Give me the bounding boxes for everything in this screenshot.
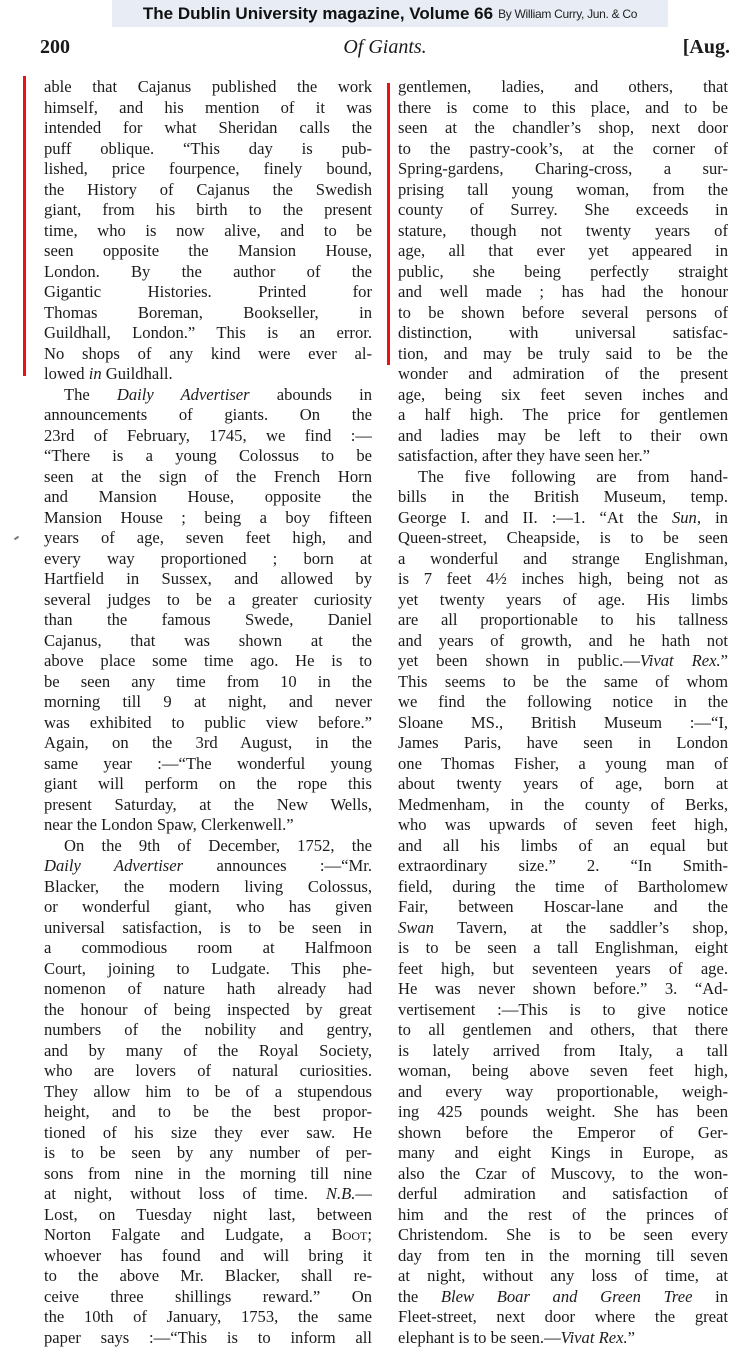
text-line: 23rd of February, 1745, we find :— <box>44 426 372 447</box>
text-line: him and the rest of the princes of <box>398 1205 728 1226</box>
text-line: who was upwards of seven feet high, <box>398 815 728 836</box>
text-line: sons from nine in the morning till nine <box>44 1164 372 1185</box>
text-line: and well made ; has had the honour <box>398 282 728 303</box>
text-line: paper says :—“This is to inform all <box>44 1328 372 1349</box>
text-line: ceive three shillings reward.” On <box>44 1287 372 1308</box>
text-line: are all proportionable to his tallness <box>398 610 728 631</box>
text-line: woman, being above seven feet high, <box>398 1061 728 1082</box>
text-line: Medmenham, in the county of Berks, <box>398 795 728 816</box>
text-line: Hartfield in Sussex, and allowed by <box>44 569 372 590</box>
text-line: present Saturday, at the New Wells, <box>44 795 372 816</box>
text-line: bills in the British Museum, temp. <box>398 487 728 508</box>
text-line: himself, and his mention of it was <box>44 98 372 119</box>
text-line: several judges to be a greater curiosity <box>44 590 372 611</box>
text-line: seen at the chandler’s shop, next door <box>398 118 728 139</box>
text-line: announcements of giants. On the <box>44 405 372 426</box>
text-line: Sloane MS., British Museum :—“I, <box>398 713 728 734</box>
text-line: lished, price fourpence, finely bound, <box>44 159 372 180</box>
text-line: nomenon of nature hath already had <box>44 979 372 1000</box>
text-line: numbers of the nobility and gentry, <box>44 1020 372 1041</box>
text-line: They allow him to be of a stupendous <box>44 1082 372 1103</box>
text-line: and ladies may be left to their own <box>398 426 728 447</box>
text-line: and every way proportionable, weigh- <box>398 1082 728 1103</box>
text-line: puff oblique. “This day is pub- <box>44 139 372 160</box>
text-line: derful admiration and satisfaction of <box>398 1184 728 1205</box>
text-line: at night, without any loss of time, at <box>398 1266 728 1287</box>
text-line: many and eight Kings in Europe, as <box>398 1143 728 1164</box>
text-line: or wonderful giant, who has given <box>44 897 372 918</box>
text-line: intended for what Sheridan calls the <box>44 118 372 139</box>
text-line: day from ten in the morning till seven <box>398 1246 728 1267</box>
text-line: “There is a young Colossus to be <box>44 446 372 467</box>
text-line: Christendom. She is to be seen every <box>398 1225 728 1246</box>
text-line: and Mansion House, opposite the <box>44 487 372 508</box>
text-line: Swan Tavern, at the saddler’s shop, <box>398 918 728 939</box>
text-line: who are lovers of natural curiosities. <box>44 1061 372 1082</box>
text-line: universal satisfaction, is to be seen in <box>44 918 372 939</box>
text-line: elephant is to be seen.—Vivat Rex.” <box>398 1328 728 1349</box>
text-line: a commodious room at Halfmoon <box>44 938 372 959</box>
text-line: field, during the time of Bartholomew <box>398 877 728 898</box>
book-title: The Dublin University magazine, Volume 6… <box>143 4 493 24</box>
text-line: Lost, on Tuesday night last, between <box>44 1205 372 1226</box>
text-line: tion, and may be truly said to be the <box>398 344 728 365</box>
text-line: Court, joining to Ludgate. This phe- <box>44 959 372 980</box>
text-line: seen opposite the Mansion House, <box>44 241 372 262</box>
text-line: and years of growth, and he hath not <box>398 631 728 652</box>
text-line: every way proportioned ; born at <box>44 549 372 570</box>
text-line: This seems to be the same of whom <box>398 672 728 693</box>
text-line: stature, though not twenty years of <box>398 221 728 242</box>
text-line: there is come to this place, and to be <box>398 98 728 119</box>
text-line: to the pastry-cook’s, at the corner of <box>398 139 728 160</box>
text-line: is lately arrived from Italy, a tall <box>398 1041 728 1062</box>
text-line: to all gentlemen and others, that there <box>398 1020 728 1041</box>
text-line: height, and to be the best propor- <box>44 1102 372 1123</box>
text-line: vertisement :—This is to give notice <box>398 1000 728 1021</box>
text-line: ing 425 pounds weight. She has been <box>398 1102 728 1123</box>
highlight-bar-right <box>387 83 390 365</box>
text-line: about twenty years of age, born at <box>398 774 728 795</box>
text-line: also the Czar of Muscovy, to the won- <box>398 1164 728 1185</box>
text-line: feet high, but seventeen years of age. <box>398 959 728 980</box>
text-line: Mansion House ; being a boy fifteen <box>44 508 372 529</box>
text-line: The five following are from hand- <box>398 467 728 488</box>
text-line: age, being six feet seven inches and <box>398 385 728 406</box>
text-line: we find the following notice in the <box>398 692 728 713</box>
text-line: Blacker, the modern living Colossus, <box>44 877 372 898</box>
text-line: to be shown before several persons of <box>398 303 728 324</box>
text-line: London. By the author of the <box>44 262 372 283</box>
book-title-banner: The Dublin University magazine, Volume 6… <box>112 0 668 27</box>
text-line: Gigantic Histories. Printed for <box>44 282 372 303</box>
text-line: and all his limbs of an equal but <box>398 836 728 857</box>
text-line: seen at the sign of the French Horn <box>44 467 372 488</box>
text-line: public, she being perfectly straight <box>398 262 728 283</box>
text-line: and by many of the Royal Society, <box>44 1041 372 1062</box>
text-line: Queen-street, Cheapside, is to be seen <box>398 528 728 549</box>
text-line: the Blew Boar and Green Tree in <box>398 1287 728 1308</box>
text-line: morning till 9 at night, and never <box>44 692 372 713</box>
text-column-right: gentlemen, ladies, and others, thatthere… <box>398 77 728 1348</box>
text-line: same year :—“The wonderful young <box>44 754 372 775</box>
text-column-left: able that Cajanus published the workhims… <box>44 77 372 1348</box>
text-line: whoever has found and will bring it <box>44 1246 372 1267</box>
text-line: wonder and admiration of the present <box>398 364 728 385</box>
article-title: Of Giants. <box>40 36 730 59</box>
text-line: Fleet-street, next door where the great <box>398 1307 728 1328</box>
text-line: Cajanus, that was shown at the <box>44 631 372 652</box>
text-line: than the famous Swede, Daniel <box>44 610 372 631</box>
text-line: is 7 feet 4½ inches high, being not as <box>398 569 728 590</box>
text-line: tioned of his size they ever saw. He <box>44 1123 372 1144</box>
text-line: shown before the Emperor of Ger- <box>398 1123 728 1144</box>
text-line: prising tall young woman, from the <box>398 180 728 201</box>
text-line: was exhibited to public view before.” <box>44 713 372 734</box>
text-line: Fair, between Hoscar-lane and the <box>398 897 728 918</box>
text-line: James Paris, have seen in London <box>398 733 728 754</box>
text-line: George I. and II. :—1. “At the Sun, in <box>398 508 728 529</box>
text-line: giant will perform on the rope this <box>44 774 372 795</box>
text-line: the honour of being inspected by great <box>44 1000 372 1021</box>
text-line: Thomas Boreman, Bookseller, in <box>44 303 372 324</box>
text-line: a half high. The price for gentlemen <box>398 405 728 426</box>
text-line: is to be seen a tall Englishman, eight <box>398 938 728 959</box>
text-line: the 10th of January, 1753, the same <box>44 1307 372 1328</box>
text-line: above place some time ago. He is to <box>44 651 372 672</box>
text-line: is to be seen by any number of per- <box>44 1143 372 1164</box>
text-line: yet been shown in public.—Vivat Rex.” <box>398 651 728 672</box>
text-line: county of Surrey. She exceeds in <box>398 200 728 221</box>
text-line: Guildhall, London.” This is an error. <box>44 323 372 344</box>
text-line: to the above Mr. Blacker, shall re- <box>44 1266 372 1287</box>
text-line: gentlemen, ladies, and others, that <box>398 77 728 98</box>
text-line: time, who is now alive, and to be <box>44 221 372 242</box>
text-line: Daily Advertiser announces :—“Mr. <box>44 856 372 877</box>
text-line: years of age, seven feet high, and <box>44 528 372 549</box>
text-line: extraordinary size.” 2. “In Smith- <box>398 856 728 877</box>
text-line: yet twenty years of age. His limbs <box>398 590 728 611</box>
text-line: satisfaction, after they have seen her.” <box>398 446 728 467</box>
text-line: giant, from his birth to the present <box>44 200 372 221</box>
highlight-bar-left <box>23 76 26 376</box>
text-line: No shops of any kind were ever al- <box>44 344 372 365</box>
text-line: be seen any time from 10 in the <box>44 672 372 693</box>
issue-month: [Aug. <box>683 36 730 59</box>
text-line: distinction, with universal satisfac- <box>398 323 728 344</box>
text-line: Again, on the 3rd August, in the <box>44 733 372 754</box>
text-line: age, all that ever yet appeared in <box>398 241 728 262</box>
text-line: Spring-gardens, Charing-cross, a sur- <box>398 159 728 180</box>
scan-mark <box>14 536 19 541</box>
text-line: near the London Spaw, Clerkenwell.” <box>44 815 372 836</box>
text-line: lowed in Guildhall. <box>44 364 372 385</box>
text-line: Norton Falgate and Ludgate, a Boot; <box>44 1225 372 1246</box>
text-line: The Daily Advertiser abounds in <box>44 385 372 406</box>
book-publisher: By William Curry, Jun. & Co <box>498 7 637 21</box>
text-line: one Thomas Fisher, a young man of <box>398 754 728 775</box>
text-line: the History of Cajanus the Swedish <box>44 180 372 201</box>
text-line: at night, without loss of time. N.B.— <box>44 1184 372 1205</box>
text-line: He was never shown before.” 3. “Ad- <box>398 979 728 1000</box>
text-line: a wonderful and strange Englishman, <box>398 549 728 570</box>
running-head: 200 Of Giants. [Aug. <box>40 36 730 62</box>
text-line: On the 9th of December, 1752, the <box>44 836 372 857</box>
text-line: able that Cajanus published the work <box>44 77 372 98</box>
